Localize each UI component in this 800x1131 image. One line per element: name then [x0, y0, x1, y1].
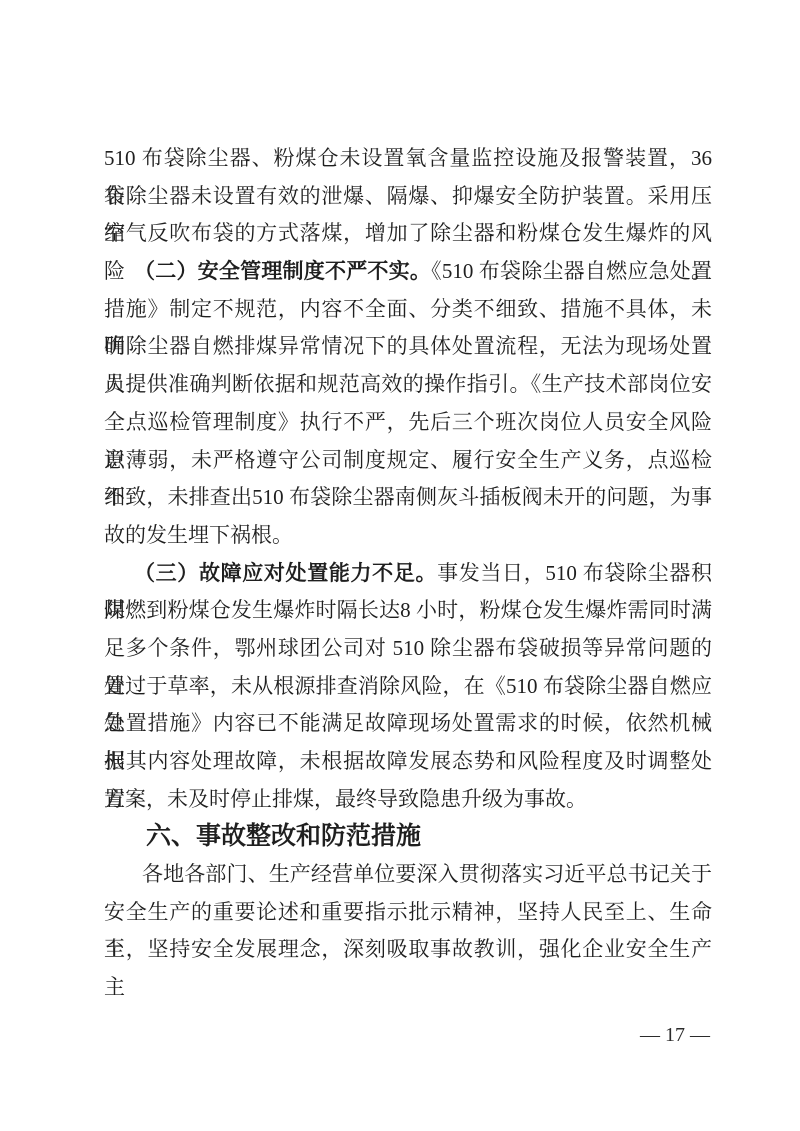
- section-heading-6: 六、事故整改和防范措施: [104, 818, 712, 856]
- text-line: 置过于草率，未从根源排查消除风险，在《510 布袋除尘器自燃应急: [104, 668, 712, 706]
- text-line: 袋除尘器未设置有效的泄爆、隔爆、抑爆安全防护装置。采用压缩: [104, 178, 712, 216]
- text-line: 全点巡检管理制度》执行不严，先后三个班次岗位人员安全风险意: [104, 404, 712, 442]
- text-line: 措施》制定不规范，内容不全面、分类不细致、措施不具体，未明: [104, 291, 712, 329]
- text-line-paragraph-end: 方案，未及时停止排煤，最终导致隐患升级为事故。: [104, 781, 712, 819]
- text-line: 细致，未排查出510 布袋除尘器南侧灰斗插板阀未开的问题，为事: [104, 479, 712, 517]
- text-line: 上，坚持安全发展理念，深刻吸取事故教训，强化企业安全生产主: [104, 931, 712, 969]
- page-number: — 17 —: [640, 1024, 710, 1047]
- text-line: 空气反吹布袋的方式落煤，增加了除尘器和粉煤仓发生爆炸的风险。: [104, 215, 712, 253]
- text-line-clause-2: （二）安全管理制度不严不实。《510 布袋除尘器自燃应急处置: [104, 253, 712, 291]
- text-line: 据其内容处理故障，未根据故障发展态势和风险程度及时调整处置: [104, 743, 712, 781]
- document-body: 510 布袋除尘器、粉煤仓未设置氧含量监控设施及报警装置，36 布 袋除尘器未设…: [104, 140, 712, 969]
- document-page: 510 布袋除尘器、粉煤仓未设置氧含量监控设施及报警装置，36 布 袋除尘器未设…: [0, 0, 800, 1131]
- text-line: 安全生产的重要论述和重要指示批示精神，坚持人民至上、生命至: [104, 894, 712, 932]
- text-line: 确除尘器自燃排煤异常情况下的具体处置流程，无法为现场处置人: [104, 328, 712, 366]
- text-line-paragraph-end: 故的发生埋下祸根。: [104, 517, 712, 555]
- clause-2-lead: （二）安全管理制度不严不实。: [134, 259, 431, 283]
- text-line: 处置措施》内容已不能满足故障现场处置需求的时候，依然机械根: [104, 705, 712, 743]
- text-line: 510 布袋除尘器、粉煤仓未设置氧含量监控设施及报警装置，36 布: [104, 140, 712, 178]
- text-line-clause-3: （三）故障应对处置能力不足。事发当日，510 布袋除尘器积煤: [104, 555, 712, 593]
- text-line: 识薄弱，未严格遵守公司制度规定、履行安全生产义务，点巡检不: [104, 442, 712, 480]
- text-line-continuation: 《510 布袋除尘器自燃应急处置: [431, 259, 712, 283]
- clause-3-lead: （三）故障应对处置能力不足。: [134, 561, 437, 585]
- text-line: 足多个条件，鄂州球团公司对 510 除尘器布袋破损等异常问题的处: [104, 630, 712, 668]
- text-line-paragraph-start: 各地各部门、生产经营单位要深入贯彻落实习近平总书记关于: [104, 856, 712, 894]
- text-line: 员提供准确判断依据和规范高效的操作指引。《生产技术部岗位安: [104, 366, 712, 404]
- text-line: 阴燃到粉煤仓发生爆炸时隔长达8 小时，粉煤仓发生爆炸需同时满: [104, 592, 712, 630]
